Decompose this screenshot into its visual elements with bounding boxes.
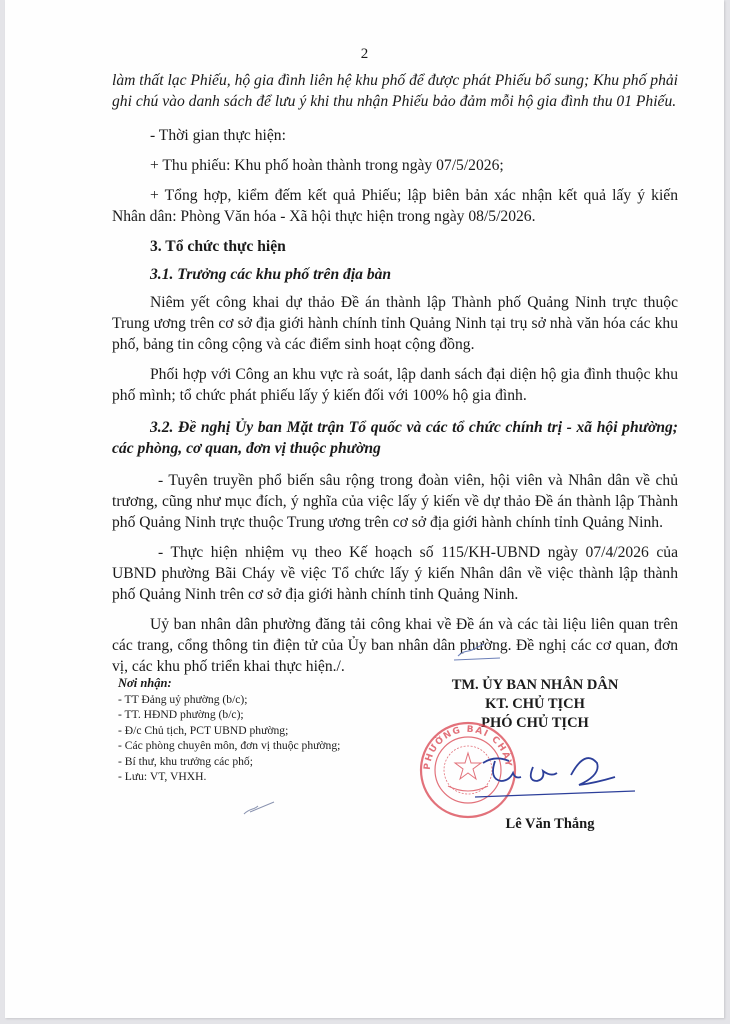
intro-paragraph: làm thất lạc Phiếu, hộ gia đình liên hệ … [112, 70, 678, 112]
section-3-1-heading: 3.1. Trưởng các khu phố trên địa bàn [112, 264, 678, 285]
page-number: 2 [5, 46, 724, 63]
recipient-item: - TT Đảng uỷ phường (b/c); [118, 692, 418, 708]
section-3-2-paragraph-1: - Tuyên truyền phổ biến sâu rộng trong đ… [112, 470, 678, 533]
signer-name: Lê Văn Thắng [475, 816, 625, 833]
recipient-item: - Bí thư, khu trưởng các phố; [118, 754, 418, 770]
section-3-2-heading: 3.2. Đề nghị Ủy ban Mặt trận Tổ quốc và … [112, 417, 678, 459]
recipient-item: - Đ/c Chủ tịch, PCT UBND phường; [118, 723, 418, 739]
recipient-item: - Các phòng chuyên môn, đơn vị thuộc phư… [118, 738, 418, 754]
signature-line-1: TM. ỦY BAN NHÂN DÂN [410, 676, 660, 695]
recipient-item: - Lưu: VT, VHXH. [118, 769, 418, 785]
section-3-heading: 3. Tổ chức thực hiện [112, 236, 678, 257]
recipients-list: - TT Đảng uỷ phường (b/c); - TT. HĐND ph… [118, 692, 418, 785]
time-item-collect: + Thu phiếu: Khu phố hoàn thành trong ng… [112, 155, 678, 176]
recipients-title: Nơi nhận: [118, 676, 418, 692]
time-label: - Thời gian thực hiện: [112, 125, 678, 146]
document-body: làm thất lạc Phiếu, hộ gia đình liên hệ … [112, 70, 678, 677]
closing-paragraph: Uỷ ban nhân dân phường đăng tải công kha… [112, 614, 678, 677]
recipient-item: - TT. HĐND phường (b/c); [118, 707, 418, 723]
initial-mark-icon [240, 798, 280, 818]
recipients-block: Nơi nhận: - TT Đảng uỷ phường (b/c); - T… [118, 676, 418, 785]
time-item-summary: + Tổng hợp, kiểm đếm kết quả Phiếu; lập … [112, 185, 678, 227]
section-3-1-paragraph-2: Phối hợp với Công an khu vực rà soát, lậ… [112, 364, 678, 406]
handwritten-signature-icon [475, 745, 635, 805]
document-page: 2 làm thất lạc Phiếu, hộ gia đình liên h… [5, 0, 724, 1018]
signature-line-2: KT. CHỦ TỊCH [410, 695, 660, 714]
section-3-2-paragraph-2: - Thực hiện nhiệm vụ theo Kế hoạch số 11… [112, 542, 678, 605]
section-3-1-paragraph-1: Niêm yết công khai dự thảo Đề án thành l… [112, 292, 678, 355]
initial-mark-icon [450, 638, 510, 662]
